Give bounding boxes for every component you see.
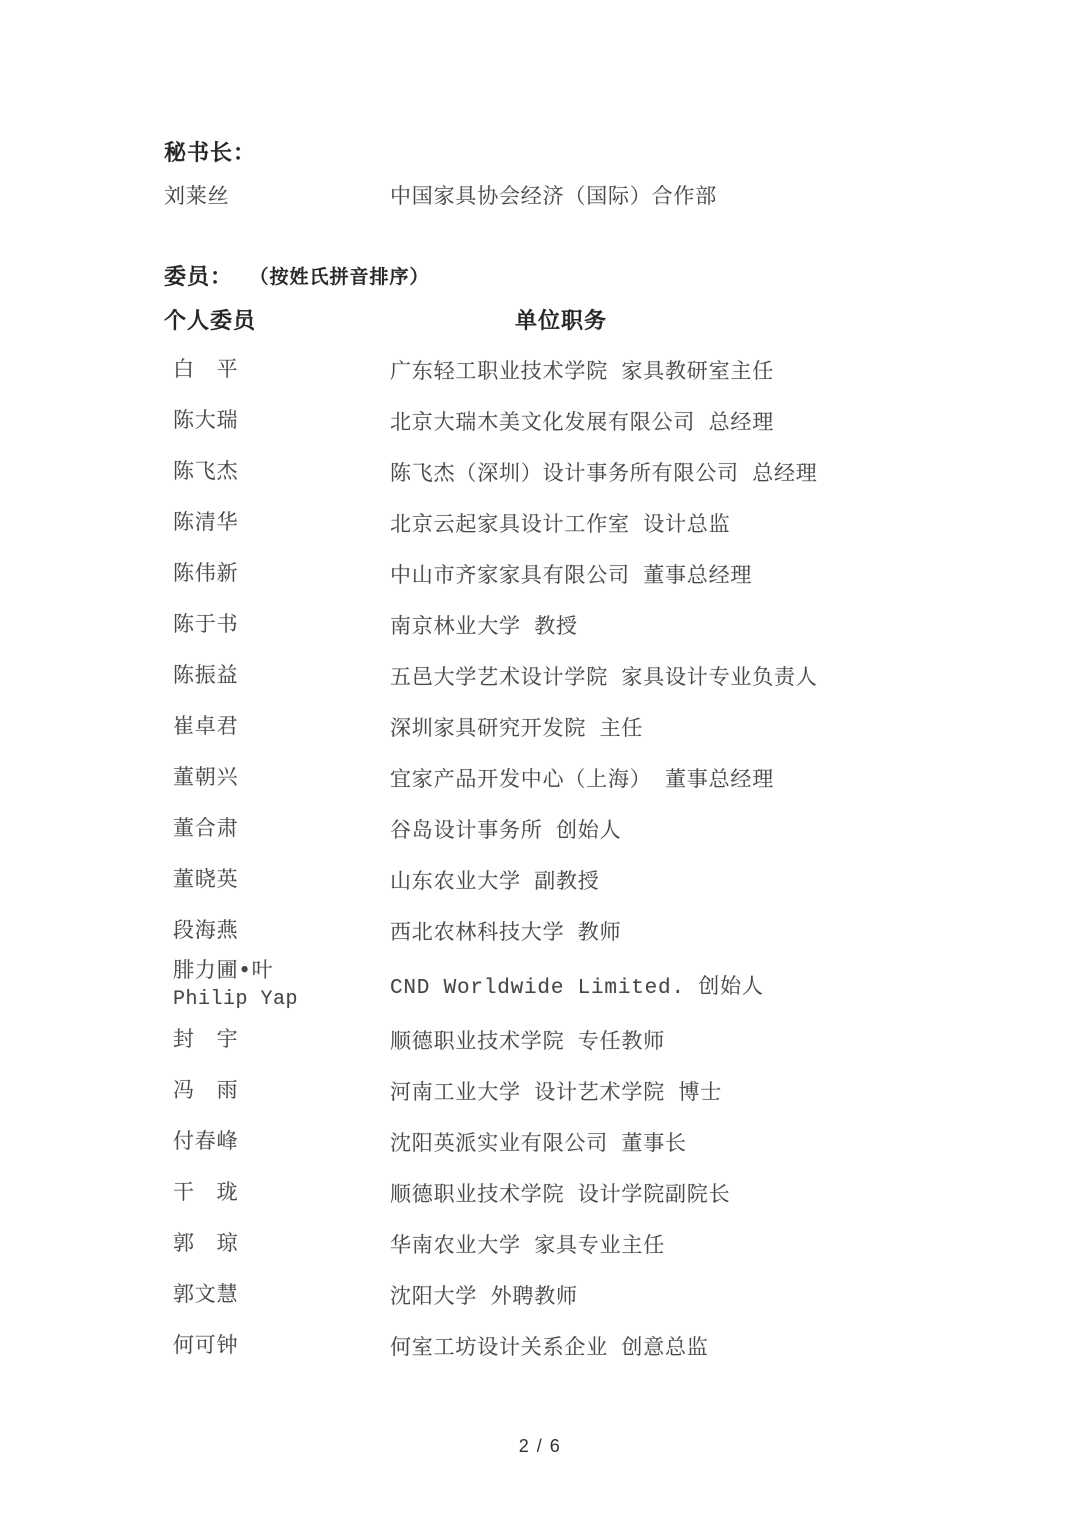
member-name: 陈大瑞 [173,406,390,435]
member-affiliation: 谷岛设计事务所 创始人 [390,814,621,844]
member-name-cell: 陈飞杰 [173,457,390,486]
member-name: 崔卓君 [173,712,390,741]
member-affiliation: 广东轻工职业技术学院 家具教研室主任 [390,355,774,385]
member-affiliation: 山东农业大学 副教授 [390,865,600,895]
member-row: 腓力圃•叶 Philip Yap CND Worldwide Limited. … [0,956,1080,1014]
member-row: 陈大瑞 北京大瑞木美文化发展有限公司 总经理 [0,395,1080,446]
committee-heading-label: 委员： [164,265,233,290]
member-affiliation: 顺德职业技术学院 设计学院副院长 [390,1178,730,1208]
member-affiliation: CND Worldwide Limited. 创始人 [390,970,764,1000]
member-name-cell: 董晓英 [173,865,390,894]
member-name-cell: 腓力圃•叶 Philip Yap [173,956,390,1014]
member-name: 腓力圃•叶 [173,956,390,985]
member-name-cell: 何可钟 [173,1331,390,1360]
member-row: 郭文慧 沈阳大学 外聘教师 [0,1269,1080,1320]
member-affiliation: 河南工业大学 设计艺术学院 博士 [390,1076,722,1106]
member-affiliation: 北京云起家具设计工作室 设计总监 [390,508,730,538]
member-affiliation: 何室工坊设计关系企业 创意总监 [390,1331,709,1361]
member-row: 陈振益 五邑大学艺术设计学院 家具设计专业负责人 [0,650,1080,701]
member-affiliation: 西北农林科技大学 教师 [390,916,621,946]
member-row: 干 珑 顺德职业技术学院 设计学院副院长 [0,1167,1080,1218]
secretary-section-heading: 秘书长： [164,136,256,167]
member-name-cell: 董朝兴 [173,763,390,792]
member-name-cell: 陈伟新 [173,559,390,588]
member-name: 白 平 [173,355,390,384]
member-name-cell: 冯 雨 [173,1076,390,1105]
member-row: 白 平 广东轻工职业技术学院 家具教研室主任 [0,344,1080,395]
member-row: 陈于书 南京林业大学 教授 [0,599,1080,650]
page-number: 2 / 6 [0,1436,1080,1457]
member-row: 郭 琼 华南农业大学 家具专业主任 [0,1218,1080,1269]
column-header-title: 单位职务 [515,304,607,335]
secretary-row: 刘莱丝 中国家具协会经济（国际）合作部 [0,180,1080,208]
secretary-affiliation: 中国家具协会经济（国际）合作部 [390,180,717,210]
member-affiliation: 中山市齐家家具有限公司 董事总经理 [390,559,752,589]
column-header-name: 个人委员 [164,304,256,335]
member-name: 陈振益 [173,661,390,690]
committee-sort-note: （按姓氏拼音排序） [259,266,430,288]
member-affiliation: 深圳家具研究开发院 主任 [390,712,643,742]
member-name: 段海燕 [173,916,390,945]
member-name-cell: 陈于书 [173,610,390,639]
member-name: 何可钟 [173,1331,390,1360]
document-page: 秘书长： 刘莱丝 中国家具协会经济（国际）合作部 委员：（按姓氏拼音排序） 个人… [0,0,1080,1527]
member-affiliation: 顺德职业技术学院 专任教师 [390,1025,665,1055]
member-name-cell: 白 平 [173,355,390,384]
member-row: 董合肃 谷岛设计事务所 创始人 [0,803,1080,854]
member-name: 董合肃 [173,814,390,843]
member-affiliation: 宜家产品开发中心（上海） 董事总经理 [390,763,774,793]
member-affiliation: 北京大瑞木美文化发展有限公司 总经理 [390,406,774,436]
member-list: 白 平 广东轻工职业技术学院 家具教研室主任 陈大瑞 北京大瑞木美文化发展有限公… [0,344,1080,1371]
member-name: 付春峰 [173,1127,390,1156]
committee-section-heading: 委员：（按姓氏拼音排序） [164,260,430,291]
member-name: 陈飞杰 [173,457,390,486]
member-affiliation: 陈飞杰（深圳）设计事务所有限公司 总经理 [390,457,818,487]
member-row: 陈飞杰 陈飞杰（深圳）设计事务所有限公司 总经理 [0,446,1080,497]
member-row: 崔卓君 深圳家具研究开发院 主任 [0,701,1080,752]
member-name-cell: 董合肃 [173,814,390,843]
secretary-name: 刘莱丝 [164,180,229,210]
member-latin-name: Philip Yap [173,985,390,1014]
member-name-cell: 崔卓君 [173,712,390,741]
member-name-cell: 付春峰 [173,1127,390,1156]
member-name-cell: 封 宇 [173,1025,390,1054]
member-name: 干 珑 [173,1178,390,1207]
member-row: 冯 雨 河南工业大学 设计艺术学院 博士 [0,1065,1080,1116]
member-row: 陈清华 北京云起家具设计工作室 设计总监 [0,497,1080,548]
member-name: 封 宇 [173,1025,390,1054]
member-affiliation: 五邑大学艺术设计学院 家具设计专业负责人 [390,661,818,691]
member-row: 董晓英 山东农业大学 副教授 [0,854,1080,905]
member-name: 董晓英 [173,865,390,894]
member-name-cell: 陈振益 [173,661,390,690]
member-name-cell: 郭文慧 [173,1280,390,1309]
member-name-cell: 干 珑 [173,1178,390,1207]
member-name: 郭 琼 [173,1229,390,1258]
table-header: 个人委员 单位职务 [0,304,1080,332]
member-name-cell: 郭 琼 [173,1229,390,1258]
member-row: 封 宇 顺德职业技术学院 专任教师 [0,1014,1080,1065]
member-name: 冯 雨 [173,1076,390,1105]
member-affiliation: 沈阳大学 外聘教师 [390,1280,578,1310]
member-name-cell: 段海燕 [173,916,390,945]
member-name: 陈于书 [173,610,390,639]
member-row: 段海燕 西北农林科技大学 教师 [0,905,1080,956]
member-name: 董朝兴 [173,763,390,792]
member-name: 陈伟新 [173,559,390,588]
member-name: 郭文慧 [173,1280,390,1309]
member-name-cell: 陈清华 [173,508,390,537]
member-affiliation: 华南农业大学 家具专业主任 [390,1229,665,1259]
member-row: 陈伟新 中山市齐家家具有限公司 董事总经理 [0,548,1080,599]
member-row: 何可钟 何室工坊设计关系企业 创意总监 [0,1320,1080,1371]
member-affiliation: 沈阳英派实业有限公司 董事长 [390,1127,687,1157]
member-name: 陈清华 [173,508,390,537]
member-row: 董朝兴 宜家产品开发中心（上海） 董事总经理 [0,752,1080,803]
member-affiliation: 南京林业大学 教授 [390,610,578,640]
member-name-cell: 陈大瑞 [173,406,390,435]
member-row: 付春峰 沈阳英派实业有限公司 董事长 [0,1116,1080,1167]
